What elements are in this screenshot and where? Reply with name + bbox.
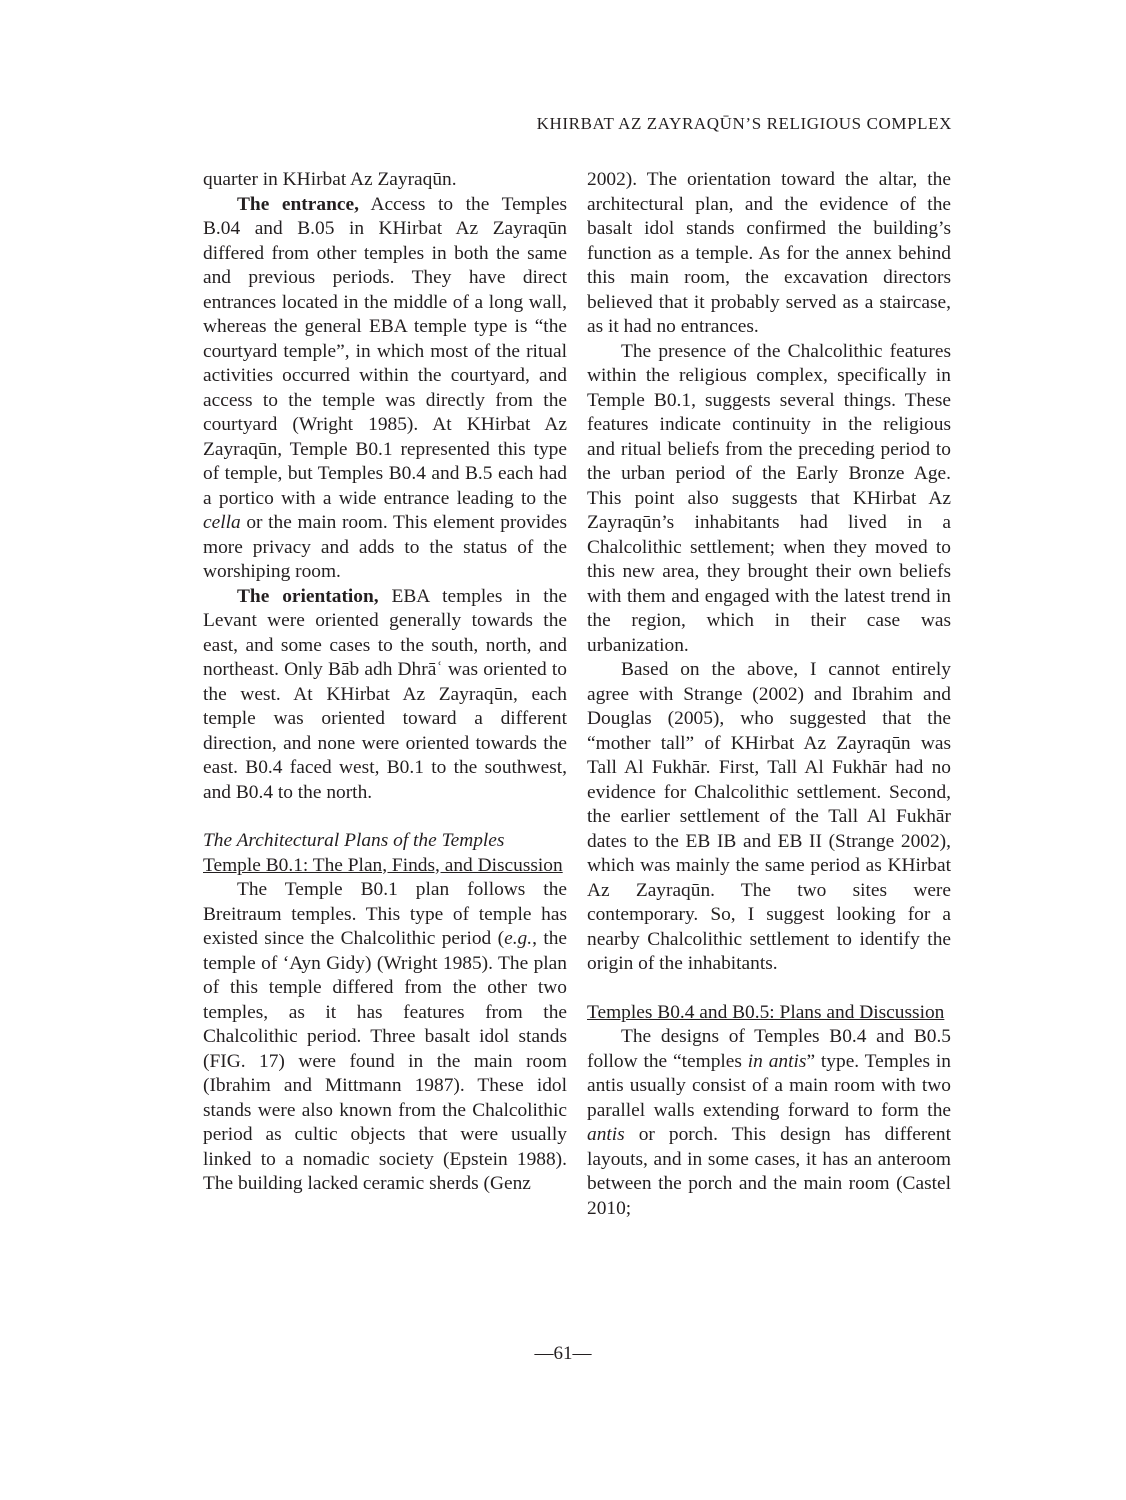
- paragraph: The designs of Temples B0.4 and B0.5 fol…: [587, 1025, 951, 1221]
- page-number: —61—: [0, 1343, 1126, 1365]
- subsection-heading: Temples B0.4 and B0.5: Plans and Dis­cus…: [587, 1001, 951, 1026]
- paragraph-orientation: The orientation, EBA temples in the Leva…: [203, 585, 567, 806]
- paragraph: 2002). The orientation toward the altar,…: [587, 168, 951, 340]
- text: , the temple of ʻAyn Gidy) (Wright 1985)…: [203, 928, 567, 1194]
- paragraph: The Temple B0.1 plan follows the Breitra…: [203, 878, 567, 1197]
- run-in-heading: The orientation,: [237, 586, 379, 607]
- text: or the main room. This element provides …: [203, 512, 567, 582]
- paragraph: Based on the above, I cannot entirely ag…: [587, 658, 951, 977]
- subsection-heading: Temple B0.1: The Plan, Finds, and Dis­cu…: [203, 854, 567, 879]
- text: Access to the Temples B.04 and B.05 in K…: [203, 194, 567, 509]
- run-in-heading: The entrance,: [237, 194, 359, 215]
- italic-term: e.g.: [504, 928, 532, 949]
- paragraph: The presence of the Chalcolithic feature…: [587, 340, 951, 659]
- running-head: KHIRBAT AZ ZAYRAQŪN’S RELIGIOUS COMPLEX: [537, 114, 952, 134]
- italic-term: antis: [587, 1124, 625, 1145]
- paragraph: quarter in KHirbat Az Zayraqūn.: [203, 168, 567, 193]
- italic-term: cella: [203, 512, 241, 533]
- text: or porch. This design has different layo…: [587, 1124, 951, 1219]
- italic-term: in antis: [748, 1051, 807, 1072]
- left-column: quarter in KHirbat Az Zayraqūn. The entr…: [203, 168, 567, 1197]
- section-heading: The Architectural Plans of the Temples: [203, 829, 567, 854]
- paragraph-entrance: The entrance, Access to the Temples B.04…: [203, 193, 567, 585]
- right-column: 2002). The orientation toward the altar,…: [587, 168, 951, 1221]
- text: EBA temples in the Levant were oriented …: [203, 586, 567, 803]
